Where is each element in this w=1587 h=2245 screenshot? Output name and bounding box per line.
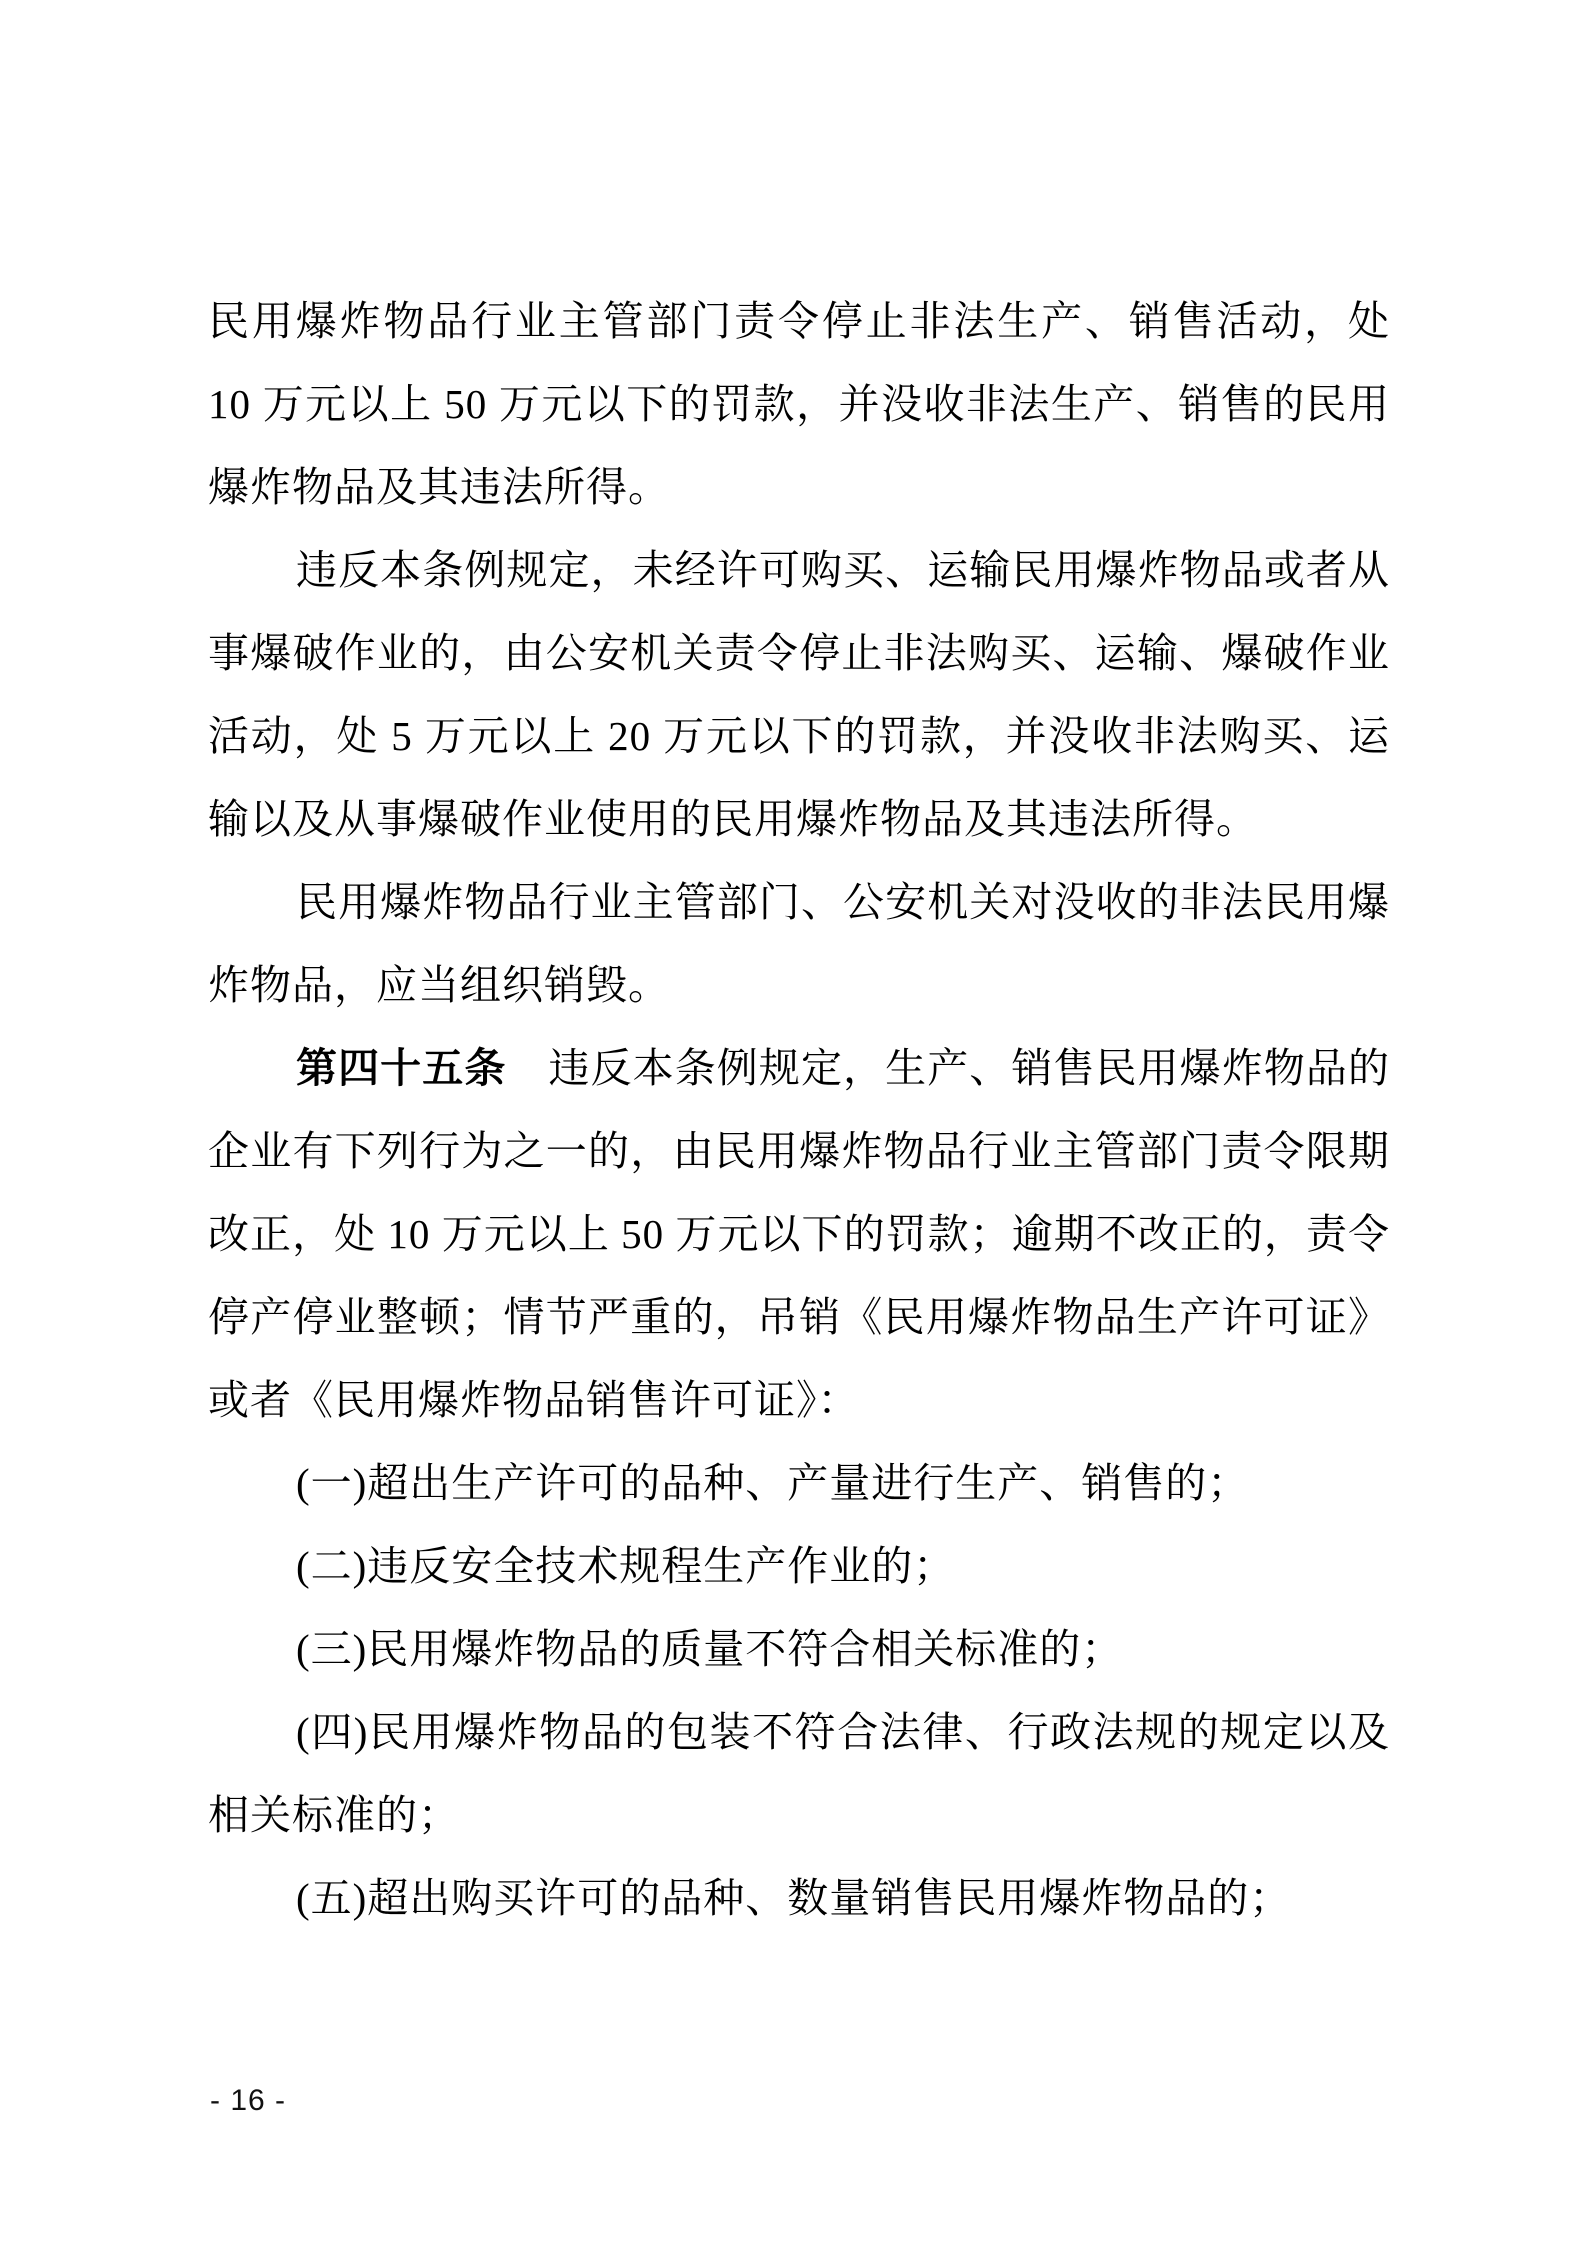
paragraph-text: 民用爆炸物品行业主管部门、公安机关对没收的非法民用爆炸物品，应当组织销毁。: [208, 879, 1390, 1008]
paragraph-text: (四)民用爆炸物品的包装不符合法律、行政法规的规定以及相关标准的；: [208, 1709, 1390, 1838]
list-item-1: (一)超出生产许可的品种、产量进行生产、销售的；: [208, 1442, 1390, 1525]
paragraph-text: 违反本条例规定，生产、销售民用爆炸物品的企业有下列行为之一的，由民用爆炸物品行业…: [208, 1045, 1390, 1423]
list-item-4: (四)民用爆炸物品的包装不符合法律、行政法规的规定以及相关标准的；: [208, 1691, 1390, 1857]
paragraph: 民用爆炸物品行业主管部门、公安机关对没收的非法民用爆炸物品，应当组织销毁。: [208, 861, 1390, 1027]
article-number: 第四十五条: [296, 1045, 506, 1091]
list-item-3: (三)民用爆炸物品的质量不符合相关标准的；: [208, 1608, 1390, 1691]
paragraph-text: (三)民用爆炸物品的质量不符合相关标准的；: [296, 1626, 1123, 1672]
paragraph-text: (五)超出购买许可的品种、数量销售民用爆炸物品的；: [296, 1875, 1291, 1921]
list-item-2: (二)违反安全技术规程生产作业的；: [208, 1525, 1390, 1608]
paragraph-text: 民用爆炸物品行业主管部门责令停止非法生产、销售活动，处 10 万元以上 50 万…: [208, 298, 1390, 510]
paragraph-text: (二)违反安全技术规程生产作业的；: [296, 1543, 955, 1589]
paragraph: 违反本条例规定，未经许可购买、运输民用爆炸物品或者从事爆破作业的，由公安机关责令…: [208, 529, 1390, 861]
page-number: - 16 -: [210, 2084, 286, 2117]
list-item-5: (五)超出购买许可的品种、数量销售民用爆炸物品的；: [208, 1857, 1390, 1940]
page-footer: - 16 -: [210, 2083, 286, 2119]
document-page: 民用爆炸物品行业主管部门责令停止非法生产、销售活动，处 10 万元以上 50 万…: [0, 0, 1587, 2245]
paragraph-text: (一)超出生产许可的品种、产量进行生产、销售的；: [296, 1460, 1249, 1506]
paragraph-text: 违反本条例规定，未经许可购买、运输民用爆炸物品或者从事爆破作业的，由公安机关责令…: [208, 547, 1390, 842]
paragraph: 民用爆炸物品行业主管部门责令停止非法生产、销售活动，处 10 万元以上 50 万…: [208, 280, 1390, 529]
paragraph-article-45: 第四十五条 违反本条例规定，生产、销售民用爆炸物品的企业有下列行为之一的，由民用…: [208, 1027, 1390, 1442]
document-body: 民用爆炸物品行业主管部门责令停止非法生产、销售活动，处 10 万元以上 50 万…: [208, 280, 1390, 1940]
